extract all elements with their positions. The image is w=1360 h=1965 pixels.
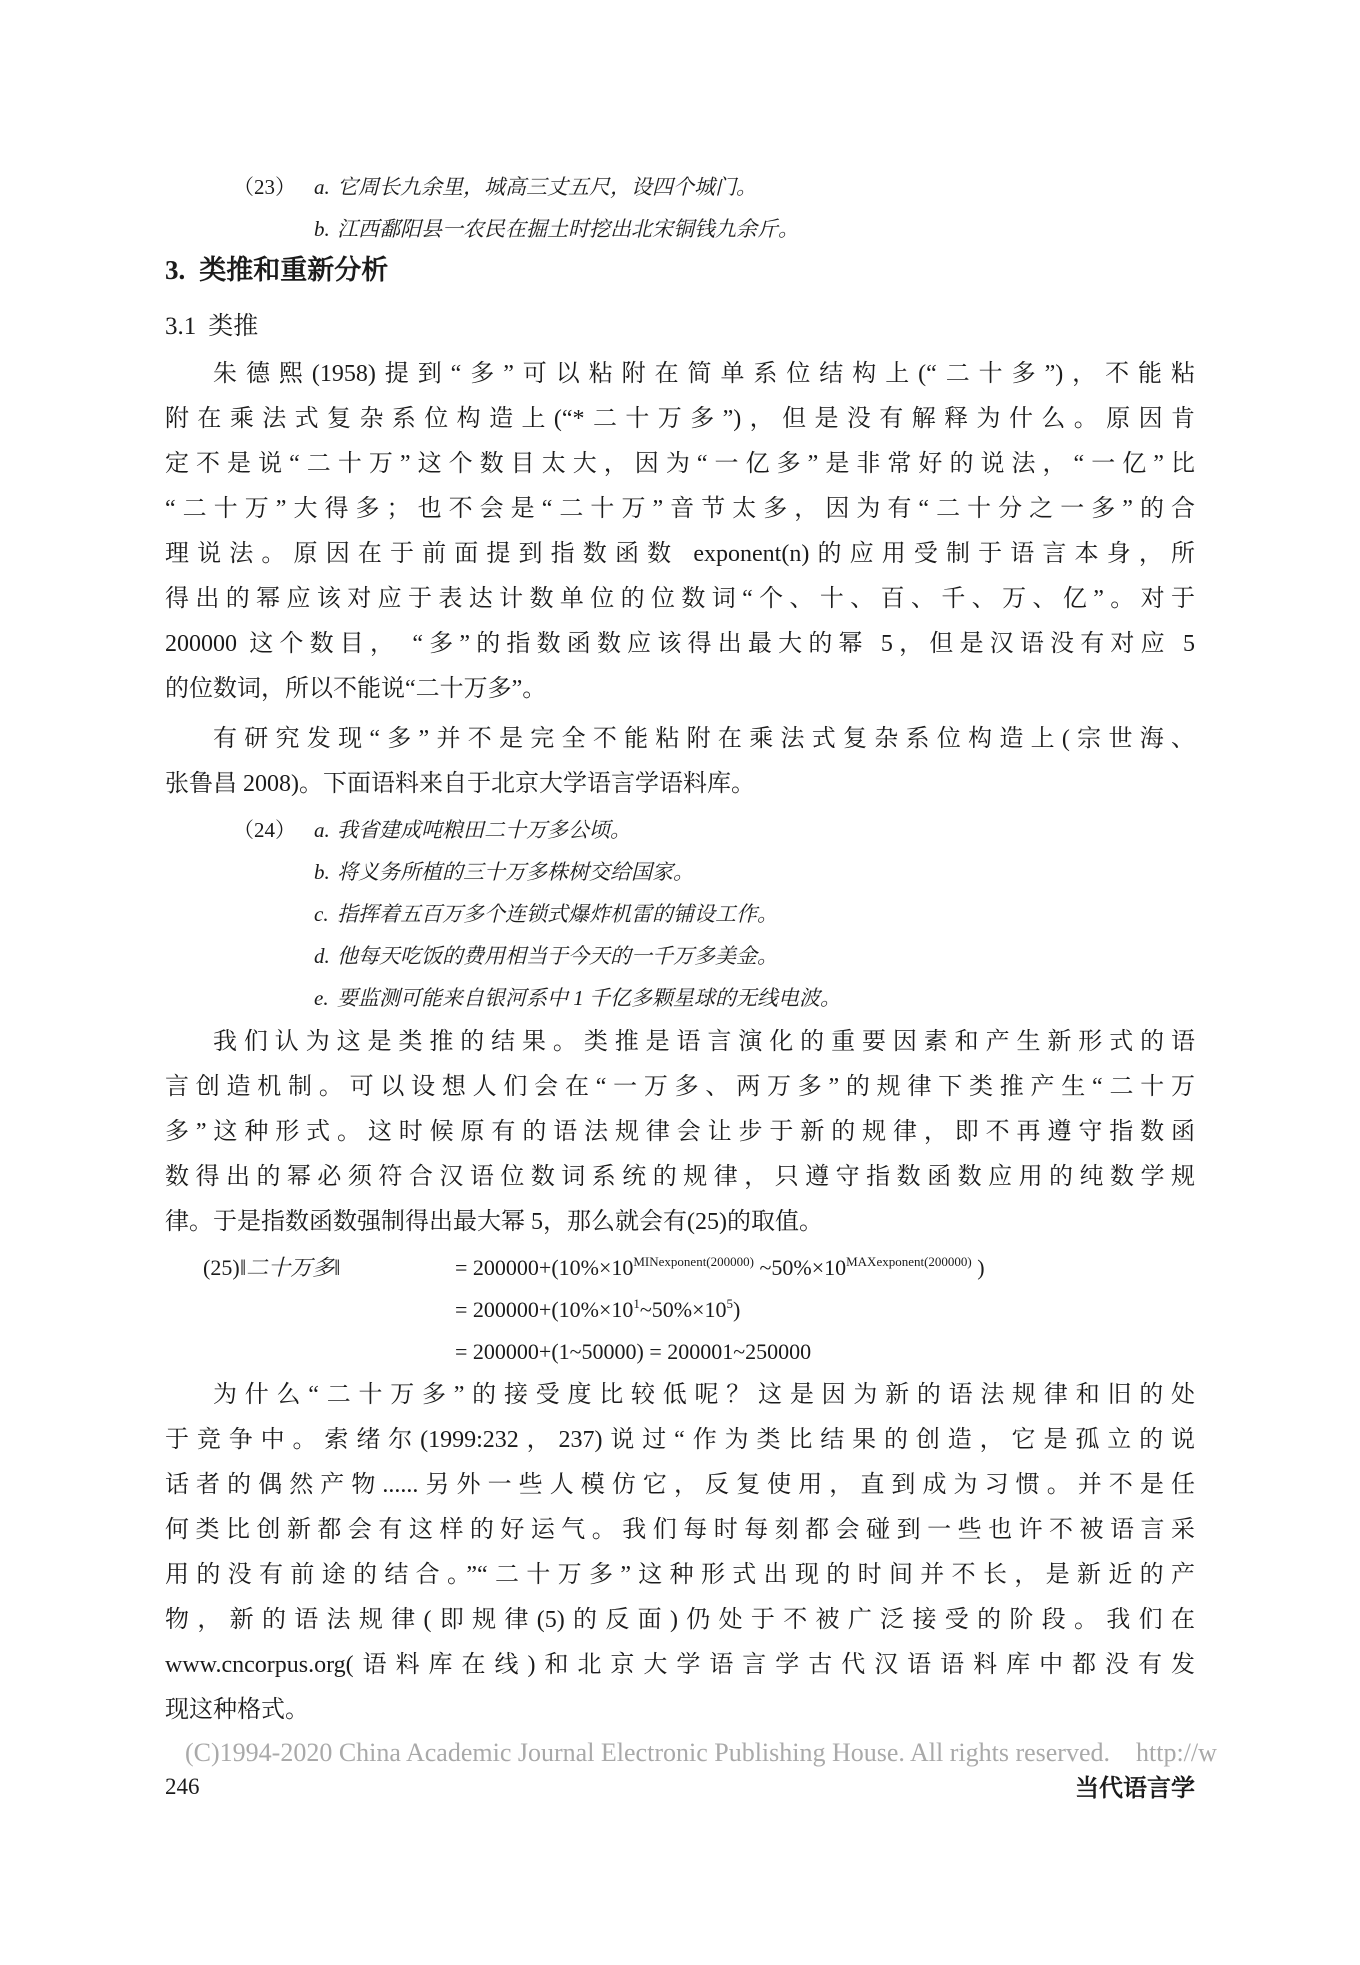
text-line: 用的没有前途的结合。”“二十万多”这种形式出现的时间并不长，是新近的产 bbox=[165, 1553, 1195, 1598]
text-line: 定不是说“二十万”这个数目太大，因为“一亿多”是非常好的说法，“一亿”比 bbox=[165, 442, 1195, 487]
text-line: 得出的幂应该对应于表达计数单位的位数词“个、十、百、千、万、亿”。对于 bbox=[165, 577, 1195, 622]
paragraph-1: 朱德熙(1958)提到“多”可以粘附在简单系位结构上(“二十多”)，不能粘 附在… bbox=[165, 352, 1195, 712]
example-item-marker: b. bbox=[314, 851, 330, 893]
example-number: （23） bbox=[233, 166, 296, 208]
formula-text: ) bbox=[733, 1297, 740, 1322]
text-line: 现这种格式。 bbox=[165, 1688, 1195, 1733]
subsection-number: 3.1 bbox=[165, 313, 196, 340]
text-line: 的位数词，所以不能说“二十万多”。 bbox=[165, 667, 1195, 712]
page-number: 246 bbox=[165, 1770, 200, 1804]
text-line: 附在乘法式复杂系位构造上(“*二十万多”)，但是没有解释为什么。原因肯 bbox=[165, 397, 1195, 442]
formula-text: ~50%×10 bbox=[754, 1255, 846, 1280]
example-item: （23） a. 它周长九余里，城高三丈五尺，设四个城门。 bbox=[165, 166, 1195, 208]
formula-superscript: MINexponent(200000) bbox=[633, 1254, 754, 1269]
paragraph-2: 有研究发现“多”并不是完全不能粘附在乘法式复杂系位构造上(宗世海、 张鲁昌 20… bbox=[165, 717, 1195, 807]
text-line: 物，新的语法规律(即规律(5)的反面)仍处于不被广泛接受的阶段。我们在 bbox=[165, 1598, 1195, 1643]
formula-line: (25)‖二十万多‖= 200000+(10%×10MINexponent(20… bbox=[165, 1247, 1195, 1289]
example-item-text: 江西鄱阳县一农民在掘土时挖出北宋铜钱九余斤。 bbox=[337, 217, 799, 241]
example-block-24: （24） a. 我省建成吨粮田二十万多公顷。 b. 将义务所植的三十万多株树交给… bbox=[165, 809, 1195, 1019]
formula-number: (25) bbox=[203, 1247, 240, 1289]
section-title: 类推和重新分析 bbox=[199, 255, 388, 285]
formula-text: = 200000+(1~50000) = 200001~250000 bbox=[455, 1339, 811, 1364]
example-item-marker: e. bbox=[314, 977, 329, 1019]
example-item: e. 要监测可能来自银河系中 1 千亿多颗星球的无线电波。 bbox=[165, 977, 1195, 1019]
text-line: 数得出的幂必须符合汉语位数词系统的规律，只遵守指数函数应用的纯数学规 bbox=[165, 1155, 1195, 1200]
copyright-watermark: (C)1994-2020 China Academic Journal Elec… bbox=[185, 1736, 1360, 1770]
example-item: b. 江西鄱阳县一农民在掘土时挖出北宋铜钱九余斤。 bbox=[165, 208, 1195, 250]
formula-superscript: MAXexponent(200000) bbox=[846, 1254, 972, 1269]
formula-line: = 200000+(1~50000) = 200001~250000 bbox=[165, 1331, 1195, 1373]
text-line: 话者的偶然产物......另外一些人模仿它，反复使用，直到成为习惯。并不是任 bbox=[165, 1463, 1195, 1508]
example-item-text: 我省建成吨粮田二十万多公顷。 bbox=[337, 818, 631, 842]
text-line: 张鲁昌 2008)。下面语料来自于北京大学语言学语料库。 bbox=[165, 762, 1195, 807]
example-number: （24） bbox=[233, 809, 296, 851]
page-content: （23） a. 它周长九余里，城高三丈五尺，设四个城门。 b. 江西鄱阳县一农民… bbox=[165, 0, 1195, 1733]
text-line: 何类比创新都会有这样的好运气。我们每时每刻都会碰到一些也许不被语言采 bbox=[165, 1508, 1195, 1553]
example-item-text: 它周长九余里，城高三丈五尺，设四个城门。 bbox=[337, 175, 757, 199]
example-item: b. 将义务所植的三十万多株树交给国家。 bbox=[165, 851, 1195, 893]
text-line: 于竞争中。索绪尔(1999:232，237)说过“作为类比结果的创造，它是孤立的… bbox=[165, 1418, 1195, 1463]
example-item: d. 他每天吃饭的费用相当于今天的一千万多美金。 bbox=[165, 935, 1195, 977]
example-block-23: （23） a. 它周长九余里，城高三丈五尺，设四个城门。 b. 江西鄱阳县一农民… bbox=[165, 166, 1195, 250]
text-line: 朱德熙(1958)提到“多”可以粘附在简单系位结构上(“二十多”)，不能粘 bbox=[165, 352, 1195, 397]
example-item-text: 要监测可能来自银河系中 1 千亿多颗星球的无线电波。 bbox=[337, 986, 841, 1010]
example-item-text: 他每天吃饭的费用相当于今天的一千万多美金。 bbox=[337, 944, 778, 968]
text-line: 律。于是指数函数强制得出最大幂 5，那么就会有(25)的取值。 bbox=[165, 1200, 1195, 1245]
text-line: 多”这种形式。这时候原有的语法规律会让步于新的规律，即不再遵守指数函 bbox=[165, 1110, 1195, 1155]
formula-block-25: (25)‖二十万多‖= 200000+(10%×10MINexponent(20… bbox=[165, 1247, 1195, 1373]
formula-lhs: ‖二十万多‖ bbox=[240, 1247, 455, 1289]
text-line: 为什么“二十万多”的接受度比较低呢？这是因为新的语法规律和旧的处 bbox=[165, 1373, 1195, 1418]
subsection-heading: 3.1类推 bbox=[165, 307, 1195, 347]
subsection-title: 类推 bbox=[208, 313, 258, 340]
formula-text: ) bbox=[972, 1255, 985, 1280]
formula-text: = 200000+(10%×10 bbox=[455, 1255, 633, 1280]
example-item-marker: a. bbox=[314, 166, 330, 208]
example-item-text: 将义务所植的三十万多株树交给国家。 bbox=[337, 860, 694, 884]
example-item: c. 指挥着五百万多个连锁式爆炸机雷的铺设工作。 bbox=[165, 893, 1195, 935]
text-line: 有研究发现“多”并不是完全不能粘附在乘法式复杂系位构造上(宗世海、 bbox=[165, 717, 1195, 762]
text-line: 我们认为这是类推的结果。类推是语言演化的重要因素和产生新形式的语 bbox=[165, 1020, 1195, 1065]
example-item-marker: d. bbox=[314, 935, 330, 977]
formula-line: = 200000+(10%×101~50%×105) bbox=[165, 1289, 1195, 1331]
formula-text: ~50%×10 bbox=[640, 1297, 727, 1322]
section-number: 3. bbox=[165, 255, 185, 285]
example-item-marker: c. bbox=[314, 893, 329, 935]
section-heading: 3.类推和重新分析 bbox=[165, 250, 1195, 290]
journal-name: 当代语言学 bbox=[1075, 1772, 1195, 1806]
text-line: 200000 这个数目， “多”的指数函数应该得出最大的幂 5，但是汉语没有对应… bbox=[165, 622, 1195, 667]
text-line: www.cncorpus.org(语料库在线)和北京大学语言学古代汉语语料库中都… bbox=[165, 1643, 1195, 1688]
formula-text: = 200000+(10%×10 bbox=[455, 1297, 633, 1322]
paragraph-4: 为什么“二十万多”的接受度比较低呢？这是因为新的语法规律和旧的处 于竞争中。索绪… bbox=[165, 1373, 1195, 1733]
example-item-marker: b. bbox=[314, 208, 330, 250]
text-line: “二十万”大得多；也不会是“二十万”音节太多，因为有“二十分之一多”的合 bbox=[165, 487, 1195, 532]
example-item-text: 指挥着五百万多个连锁式爆炸机雷的铺设工作。 bbox=[337, 902, 778, 926]
text-line: 理说法。原因在于前面提到指数函数 exponent(n)的应用受制于语言本身，所 bbox=[165, 532, 1195, 577]
document-page: （23） a. 它周长九余里，城高三丈五尺，设四个城门。 b. 江西鄱阳县一农民… bbox=[0, 0, 1360, 1965]
paragraph-3: 我们认为这是类推的结果。类推是语言演化的重要因素和产生新形式的语 言创造机制。可… bbox=[165, 1020, 1195, 1245]
example-item-marker: a. bbox=[314, 809, 330, 851]
example-item: （24） a. 我省建成吨粮田二十万多公顷。 bbox=[165, 809, 1195, 851]
text-line: 言创造机制。可以设想人们会在“一万多、两万多”的规律下类推产生“二十万 bbox=[165, 1065, 1195, 1110]
